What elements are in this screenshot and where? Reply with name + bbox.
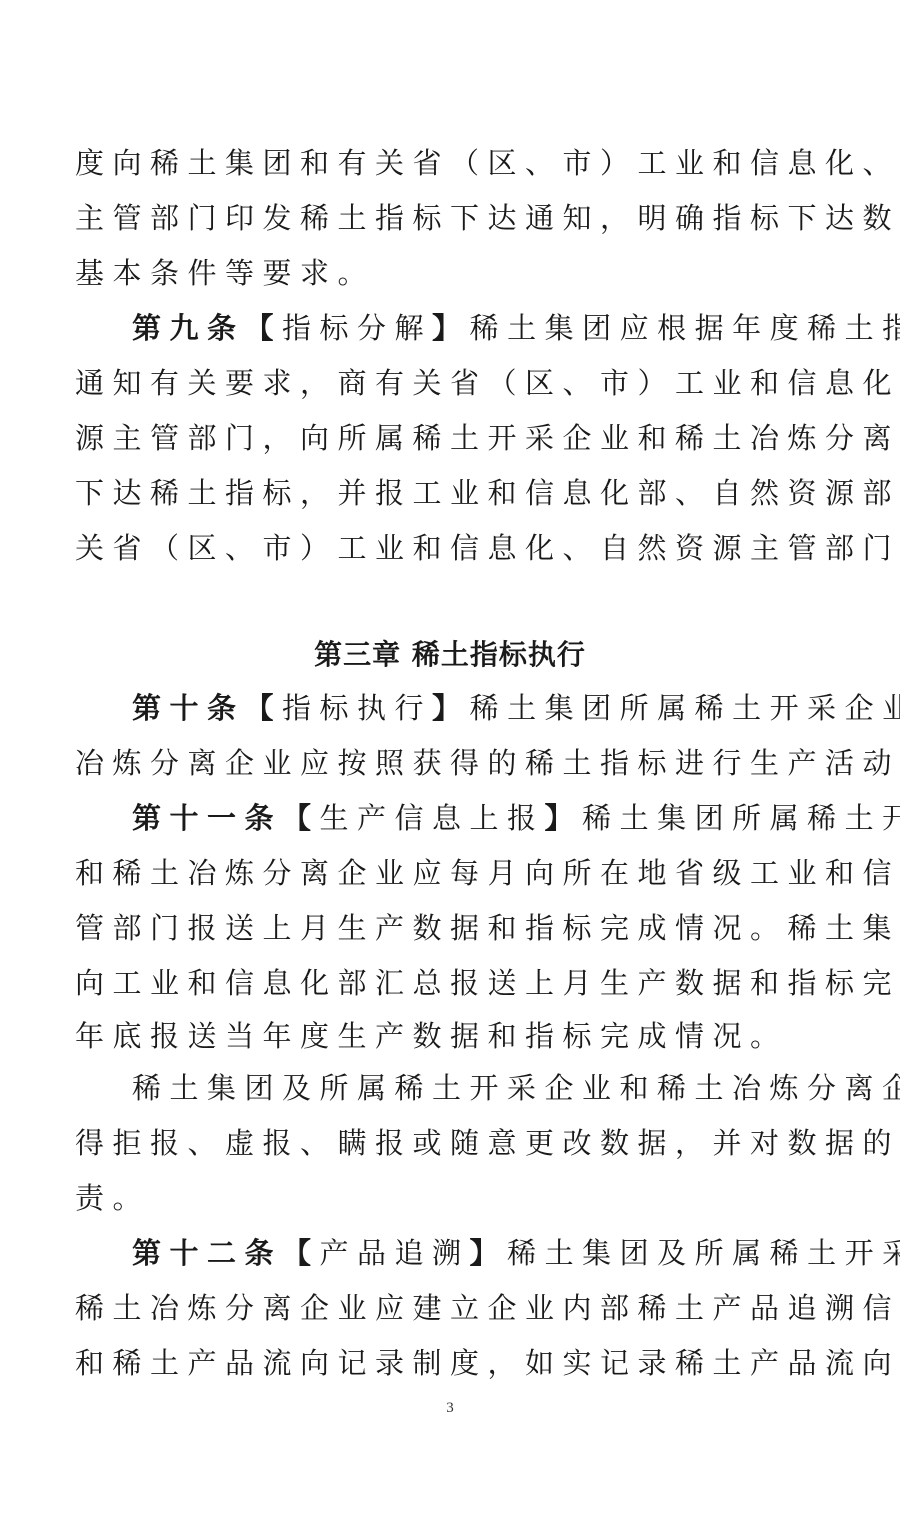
paragraph-line: 关省（区、市）工业和信息化、自然资源主管部门备案。 bbox=[75, 528, 835, 568]
article-9-number: 第九条 bbox=[132, 311, 245, 345]
document-page: 度向稀土集团和有关省（区、市）工业和信息化、自然资源 主管部门印发稀土指标下达通… bbox=[0, 0, 900, 1527]
page-number: 3 bbox=[0, 1400, 900, 1417]
paragraph-line: 得拒报、虚报、瞒报或随意更改数据，并对数据的真实性负 bbox=[75, 1123, 835, 1163]
article-11-first-line: 第十一条【生产信息上报】稀土集团所属稀土开采企业 bbox=[132, 798, 892, 838]
article-12-number: 第十二条 bbox=[132, 1236, 282, 1270]
article-12-title: 产品追溯 bbox=[320, 1236, 470, 1270]
article-10-close-bracket: 】 bbox=[432, 691, 470, 725]
paragraph-line: 责。 bbox=[75, 1178, 835, 1218]
article-11-title: 生产信息上报 bbox=[320, 801, 545, 835]
article-10-open-bracket: 【 bbox=[245, 691, 283, 725]
paragraph-line: 和稀土冶炼分离企业应每月向所在地省级工业和信息化主 bbox=[75, 853, 835, 893]
paragraph-line: 向工业和信息化部汇总报送上月生产数据和指标完成情况， bbox=[75, 963, 835, 1003]
paragraph-line: 稀土冶炼分离企业应建立企业内部稀土产品追溯信息系统 bbox=[75, 1288, 835, 1328]
article-9-first-line: 第九条【指标分解】稀土集团应根据年度稀土指标下达 bbox=[132, 308, 892, 348]
article-11-number: 第十一条 bbox=[132, 801, 282, 835]
paragraph-line: 和稀土产品流向记录制度，如实记录稀土产品流向信息并录 bbox=[75, 1343, 835, 1383]
paragraph-first-line: 稀土集团及所属稀土开采企业和稀土冶炼分离企业不 bbox=[132, 1068, 892, 1108]
article-9-title: 指标分解 bbox=[282, 311, 432, 345]
article-10-title: 指标执行 bbox=[282, 691, 432, 725]
article-11-close-bracket: 】 bbox=[545, 801, 583, 835]
article-12-first-line: 第十二条【产品追溯】稀土集团及所属稀土开采企业和 bbox=[132, 1233, 892, 1273]
paragraph-line: 基本条件等要求。 bbox=[75, 253, 835, 293]
article-10-number: 第十条 bbox=[132, 691, 245, 725]
paragraph-line: 管部门报送上月生产数据和指标完成情况。稀土集团应每月 bbox=[75, 908, 835, 948]
article-12-close-bracket: 】 bbox=[470, 1236, 508, 1270]
article-11-text: 稀土集团所属稀土开采企业 bbox=[582, 801, 900, 835]
article-9-open-bracket: 【 bbox=[245, 311, 283, 345]
paragraph-line: 度向稀土集团和有关省（区、市）工业和信息化、自然资源 bbox=[75, 143, 835, 183]
paragraph-line: 通知有关要求，商有关省（区、市）工业和信息化、自然资 bbox=[75, 363, 835, 403]
article-9-text: 稀土集团应根据年度稀土指标下达 bbox=[470, 311, 900, 345]
paragraph-line: 年底报送当年度生产数据和指标完成情况。 bbox=[75, 1016, 835, 1056]
paragraph-line: 主管部门印发稀土指标下达通知，明确指标下达数量、企业 bbox=[75, 198, 835, 238]
paragraph-line: 源主管部门，向所属稀土开采企业和稀土冶炼分离企业分解 bbox=[75, 418, 835, 458]
article-12-open-bracket: 【 bbox=[282, 1236, 320, 1270]
paragraph-line: 冶炼分离企业应按照获得的稀土指标进行生产活动。 bbox=[75, 743, 835, 783]
chapter-heading: 第三章 稀土指标执行 bbox=[0, 635, 900, 675]
paragraph-line: 下达稀土指标，并报工业和信息化部、自然资源部，以及有 bbox=[75, 473, 835, 513]
article-10-text: 稀土集团所属稀土开采企业和稀土 bbox=[470, 691, 900, 725]
article-9-close-bracket: 】 bbox=[432, 311, 470, 345]
article-12-text: 稀土集团及所属稀土开采企业和 bbox=[507, 1236, 900, 1270]
article-11-open-bracket: 【 bbox=[282, 801, 320, 835]
article-10-first-line: 第十条【指标执行】稀土集团所属稀土开采企业和稀土 bbox=[132, 688, 892, 728]
